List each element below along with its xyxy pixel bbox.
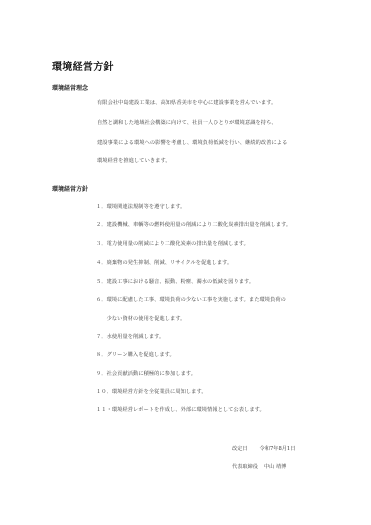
policy-item: 少ない資材の使用を促進します。 (96, 315, 185, 322)
policy-item: ６．環境に配慮した工事、環境負荷の少ない工事を実施します。また環境負荷の (96, 296, 286, 303)
policy-item: ５．建設工事における騒音、振動、粉塵、濁水の低減を図ります。 (96, 278, 254, 285)
revision-label: 改定日 (232, 446, 248, 452)
philosophy-line: 建設事業による環境への影響を考慮し、環境負荷低減を行い、継続的改善による (97, 139, 287, 146)
policy-item: １１・環境経営レポートを作成し、外部に環境情報として公表します。 (96, 406, 265, 413)
policy-item: ７．水使用量を削減します。 (96, 333, 164, 340)
signatory-name: 中山 靖博 (264, 464, 286, 470)
policy-item: ４．廃棄物の発生抑制、削減、リサイクルを促進します。 (96, 259, 232, 266)
revision-date: 令和7年8月1日 (260, 446, 296, 452)
philosophy-line: 自然と調和した地域社会構築に向けて、社員一人ひとりが環境意識を持ち、 (97, 119, 277, 126)
signatory-role: 代表取締役 (232, 464, 258, 470)
philosophy-line: 有限会社中島建設工業は、高知県香美市を中心に建設事業を営んでいます。 (97, 99, 276, 106)
policy-item: １０．環境経営方針を全従業員に周知します。 (96, 388, 207, 395)
policy-item: ８．グリーン購入を促進します。 (96, 351, 175, 358)
page-title: 環境経営方針 (52, 58, 114, 73)
section-heading-philosophy: 環境経営理念 (52, 83, 88, 92)
policy-item: ３．電力使用量の削減により二酸化炭素の排出量を削減します。 (96, 240, 249, 247)
policy-item: １．環境関連法規制等を遵守します。 (96, 203, 185, 210)
signatory-line: 代表取締役中山 靖博 (232, 463, 286, 470)
policy-item: ２．建設機械、車輌等の燃料使用量の削減により二酸化炭素排出量を削減します。 (96, 221, 291, 228)
section-heading-policy: 環境経営方針 (52, 184, 88, 193)
revision-date-line: 改定日令和7年8月1日 (232, 445, 295, 452)
philosophy-line: 環境経営を推進していきます。 (97, 157, 171, 164)
policy-item: ９．社会貢献活動に積極的に参加します。 (96, 370, 196, 377)
